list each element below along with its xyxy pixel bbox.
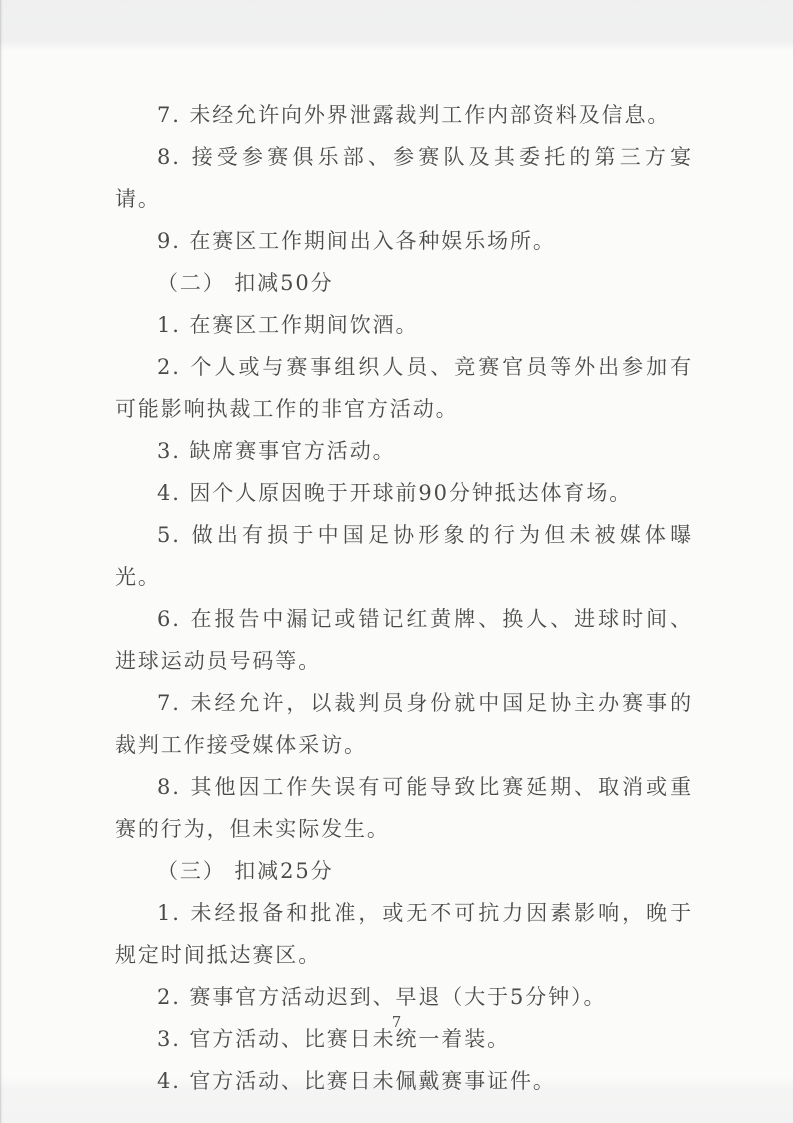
- list-item: 4. 官方活动、比赛日未佩戴赛事证件。: [115, 1060, 693, 1102]
- list-item: 3. 缺席赛事官方活动。: [115, 430, 693, 472]
- list-item: 1. 在赛区工作期间饮酒。: [115, 304, 693, 346]
- list-item: 2. 个人或与赛事组织人员、竞赛官员等外出参加有可能影响执裁工作的非官方活动。: [115, 346, 693, 430]
- document-body: 7. 未经允许向外界泄露裁判工作内部资料及信息。 8. 接受参赛俱乐部、参赛队及…: [115, 94, 693, 1102]
- document-page: 7. 未经允许向外界泄露裁判工作内部资料及信息。 8. 接受参赛俱乐部、参赛队及…: [0, 0, 793, 1123]
- list-item: 1. 未经报备和批准，或无不可抗力因素影响，晚于规定时间抵达赛区。: [115, 892, 693, 976]
- section-heading: （二） 扣减50分: [115, 262, 693, 304]
- list-item: 6. 在报告中漏记或错记红黄牌、换人、进球时间、进球运动员号码等。: [115, 598, 693, 682]
- list-item: 5. 做出有损于中国足协形象的行为但未被媒体曝光。: [115, 514, 693, 598]
- list-item: 9. 在赛区工作期间出入各种娱乐场所。: [115, 220, 693, 262]
- section-heading: （三） 扣减25分: [115, 850, 693, 892]
- list-item: 7. 未经允许，以裁判员身份就中国足协主办赛事的裁判工作接受媒体采访。: [115, 682, 693, 766]
- list-item: 4. 因个人原因晚于开球前90分钟抵达体育场。: [115, 472, 693, 514]
- page-number: 7: [0, 1011, 793, 1033]
- list-item: 8. 其他因工作失误有可能导致比赛延期、取消或重赛的行为，但未实际发生。: [115, 766, 693, 850]
- list-item: 8. 接受参赛俱乐部、参赛队及其委托的第三方宴请。: [115, 136, 693, 220]
- list-item: 7. 未经允许向外界泄露裁判工作内部资料及信息。: [115, 94, 693, 136]
